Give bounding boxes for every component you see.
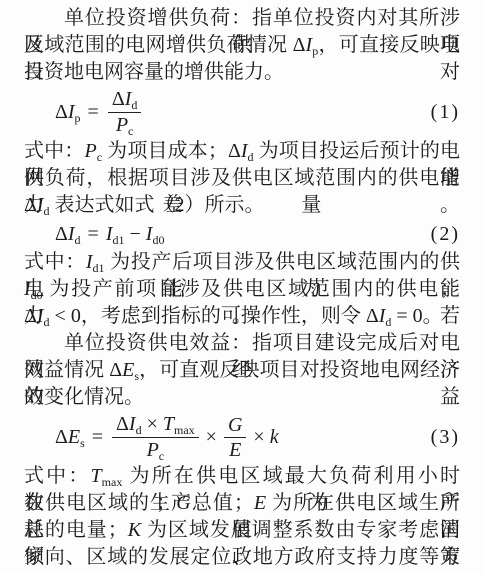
minus-sign: − <box>130 223 141 246</box>
math-term: ΔEs <box>55 426 85 449</box>
inline-math: ΔId <box>228 140 254 162</box>
inline-math: Id0 <box>24 278 43 300</box>
math-term: Id1 <box>106 223 125 246</box>
inline-math: ΔId <box>24 194 50 216</box>
inline-math: Tmax <box>91 465 123 487</box>
equation-3-body: ΔEs = ΔId×Tmax Pc × G E × k <box>55 413 279 462</box>
math-term: ΔId <box>55 223 81 246</box>
text-line: 式中：Id1 为投产后项目涉及供电区域范围内的供电能力； <box>24 249 460 276</box>
inline-math: K <box>128 519 141 541</box>
text-line: 供负荷，根据项目涉及供电区域范围内的供电能力差量。 <box>24 165 460 192</box>
text-line: 耗的电量；K 为区域发展调整系数由专家考虑国家政策 <box>24 517 460 544</box>
fraction: ΔId Pc <box>108 88 142 137</box>
text-line: 式中：Tmax 为所在供电区域最大负荷利用小时数；G 为所 <box>24 463 460 490</box>
equals-sign: = <box>92 426 103 449</box>
equation-2: ΔId = Id1 − Id0 (2) <box>24 219 460 249</box>
inline-math: ΔId <box>366 305 392 327</box>
text-line: ΔId < 0，考虑到指标的可操作性，则令 ΔId = 0。 <box>24 303 460 330</box>
math-term: ΔIp <box>55 101 81 124</box>
inline-math: ΔId <box>24 305 50 327</box>
inline-math: ΔIp <box>293 34 319 56</box>
equation-number: (2) <box>431 223 460 246</box>
math-term: Pc <box>147 439 165 461</box>
equation-1: ΔIp = ΔId Pc (1) <box>24 86 460 138</box>
text-line: 倾向、区域的发展定位、地方政府支持力度等方面拟定。 <box>24 544 460 571</box>
fraction: G E <box>224 414 246 461</box>
document-page: 单位投资增供负荷：指单位投资内对其所涉及供电 区域范围的电网增供负荷情况 ΔIp… <box>0 0 484 573</box>
equals-sign: = <box>88 101 99 124</box>
equation-number: (3) <box>431 426 460 449</box>
text-line: 在供电区域的生产总值；E 为所在供电区域生产总值消 <box>24 490 460 517</box>
times-sign: × <box>253 426 264 449</box>
text-line: 单位投资供电效益：指项目建设完成后对电网经济 <box>24 330 460 357</box>
math-term: Pc <box>116 114 134 136</box>
text-line: 式中：Pc 为项目成本；ΔId 为项目投运后预计的电网增 <box>24 138 460 165</box>
text-line: 单位投资增供负荷：指单位投资内对其所涉及供电 <box>24 5 460 32</box>
inline-math: ΔEs <box>109 359 139 381</box>
inline-math: Pc <box>84 140 102 162</box>
text-line: Id0 为投产前项目涉及供电区域范围内的供电能力。若 <box>24 276 460 303</box>
inline-math: Id1 <box>86 251 105 273</box>
equation-2-body: ΔId = Id1 − Id0 <box>55 223 164 246</box>
times-sign: × <box>147 413 158 435</box>
math-term: Tmax <box>163 413 195 435</box>
fraction: ΔId×Tmax Pc <box>112 413 199 462</box>
text-line: 效益情况 ΔEs，可直观反映项目对投资地电网经济效益 <box>24 357 460 384</box>
math-term: ΔId <box>112 88 138 110</box>
inline-math: E <box>254 492 266 514</box>
math-term: E <box>229 439 241 461</box>
text-line: 区域范围的电网增供负荷情况 ΔIp，可直接反映项目对 <box>24 32 460 59</box>
times-sign: × <box>206 426 217 449</box>
equation-3: ΔEs = ΔId×Tmax Pc × G E × k (3) <box>24 411 460 463</box>
equation-1-body: ΔIp = ΔId Pc <box>55 88 143 137</box>
equals-sign: = <box>88 223 99 246</box>
math-term: ΔId <box>116 413 142 435</box>
math-term: G <box>228 414 242 436</box>
math-term: k <box>270 426 279 449</box>
math-term: Id0 <box>146 223 165 246</box>
equation-number: (1) <box>431 101 460 124</box>
